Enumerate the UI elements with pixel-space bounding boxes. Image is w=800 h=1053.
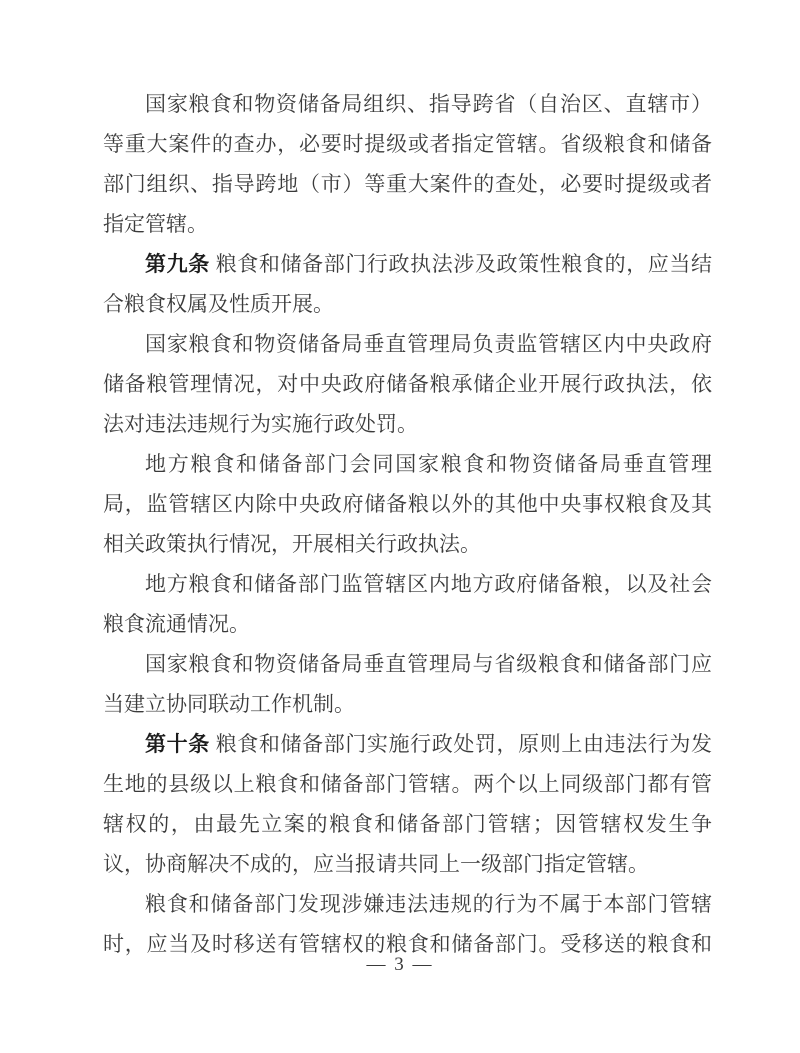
text-line: 地方粮食和储备部门监管辖区内地方政府储备粮，以及社会 [103,564,712,604]
text-line: 生地的县级以上粮食和储备部门管辖。两个以上同级部门都有管 [103,764,712,804]
text-line: 第十条 粮食和储备部门实施行政处罚，原则上由违法行为发 [103,724,712,764]
text-line: 合粮食权属及性质开展。 [103,284,712,324]
article-number: 第九条 [145,253,210,276]
text-line: 局，监管辖区内除中央政府储备粮以外的其他中央事权粮食及其 [103,484,712,524]
text-line: 第九条 粮食和储备部门行政执法涉及政策性粮食的，应当结 [103,244,712,284]
document-page: 国家粮食和物资储备局组织、指导跨省（自治区、直辖市）等重大案件的查办，必要时提级… [0,0,800,1053]
text-line: 国家粮食和物资储备局垂直管理局与省级粮食和储备部门应 [103,644,712,684]
text-line: 部门组织、指导跨地（市）等重大案件的查处，必要时提级或者 [103,164,712,204]
text-line: 储备粮管理情况，对中央政府储备粮承储企业开展行政执法，依 [103,364,712,404]
text-line: 指定管辖。 [103,204,712,244]
document-body: 国家粮食和物资储备局组织、指导跨省（自治区、直辖市）等重大案件的查办，必要时提级… [103,84,712,964]
page-number: — 3 — [0,952,800,978]
text-line: 议，协商解决不成的，应当报请共同上一级部门指定管辖。 [103,844,712,884]
text-line: 地方粮食和储备部门会同国家粮食和物资储备局垂直管理 [103,444,712,484]
text-line: 法对违法违规行为实施行政处罚。 [103,404,712,444]
text-line: 国家粮食和物资储备局组织、指导跨省（自治区、直辖市） [103,84,712,124]
text-line: 等重大案件的查办，必要时提级或者指定管辖。省级粮食和储备 [103,124,712,164]
text-line: 辖权的，由最先立案的粮食和储备部门管辖；因管辖权发生争 [103,804,712,844]
text-line: 粮食和储备部门发现涉嫌违法违规的行为不属于本部门管辖 [103,884,712,924]
text-line: 国家粮食和物资储备局垂直管理局负责监管辖区内中央政府 [103,324,712,364]
text-line: 粮食流通情况。 [103,604,712,644]
text-line: 相关政策执行情况，开展相关行政执法。 [103,524,712,564]
article-number: 第十条 [145,733,210,756]
text-line: 当建立协同联动工作机制。 [103,684,712,724]
